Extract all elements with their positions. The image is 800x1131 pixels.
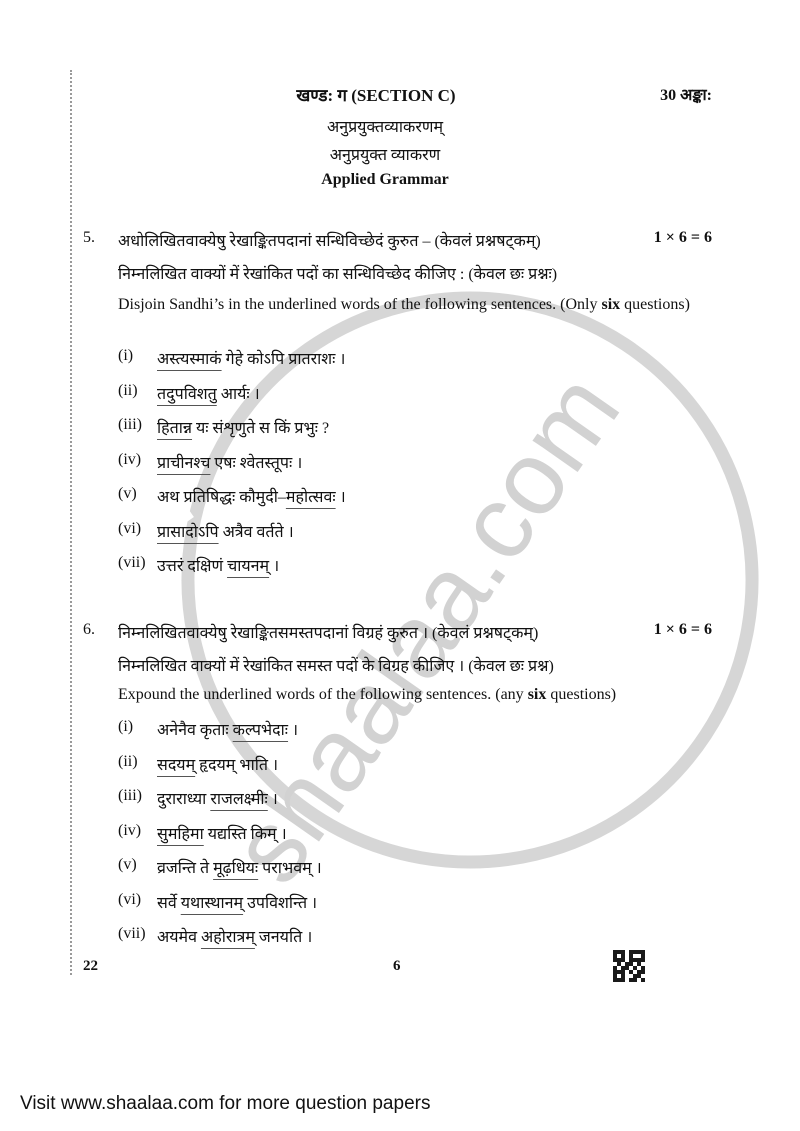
item-label: (i)	[118, 718, 133, 736]
item-text-after: यद्यस्ति किम् ।	[204, 826, 287, 843]
underlined-word: हितान्न	[157, 420, 192, 437]
question-5-marks: 1 × 6 = 6	[654, 229, 712, 247]
item-label: (vi)	[118, 891, 141, 909]
question-6-instruction-hindi: निम्नलिखित वाक्यों में रेखांकित समस्त पद…	[118, 654, 554, 676]
item-text-before: अयमेव	[157, 929, 201, 946]
subtitle-english: Applied Grammar	[0, 171, 800, 189]
item-label: (vii)	[118, 925, 146, 943]
item-text-after: ।	[336, 489, 346, 506]
question-6-marks: 1 × 6 = 6	[654, 621, 712, 639]
underlined-word: चायनम्	[227, 558, 269, 575]
promo-banner-text[interactable]: Visit www.shaalaa.com for more question …	[20, 1093, 430, 1115]
underlined-word: मूढ़धियः	[213, 860, 258, 877]
exam-page: shaalaa.com खण्ड: ग (SECTION C) 30 अङ्का…	[0, 0, 800, 1131]
item-text-after: एषः श्वेतस्तूपः ।	[210, 455, 302, 472]
item-sentence: प्रासादोऽपि अत्रैव वर्तते ।	[157, 520, 294, 542]
item-text-after: आर्यः ।	[217, 386, 260, 403]
item-sentence: अनेनैव कृताः कल्पभेदाः ।	[157, 718, 298, 740]
underlined-word: अस्त्यस्माकं	[157, 351, 222, 368]
underlined-word: राजलक्ष्मीः	[210, 791, 267, 808]
item-text-before: अनेनैव कृताः	[157, 722, 233, 739]
item-text-before: दुराराध्या	[157, 791, 210, 808]
item-label: (v)	[118, 485, 137, 503]
underlined-word: प्रासादोऽपि	[157, 524, 219, 541]
question-5-number: 5.	[83, 229, 95, 247]
item-label: (ii)	[118, 382, 138, 400]
item-label: (iv)	[118, 822, 141, 840]
item-label: (iv)	[118, 451, 141, 469]
question-6-instruction-sanskrit: निम्नलिखितवाक्येषु रेखाङ्कितसमस्तपदानां …	[118, 621, 538, 643]
item-text-before: अथ प्रतिषिद्धः कौमुदी–	[157, 489, 286, 506]
item-label: (v)	[118, 856, 137, 874]
item-label: (ii)	[118, 753, 138, 771]
item-sentence: सुमहिमा यद्यस्ति किम् ।	[157, 822, 287, 844]
item-text-after: पराभवम् ।	[258, 860, 322, 877]
qr-code-icon	[613, 950, 645, 982]
item-text-after: ।	[288, 722, 298, 739]
question-5-instruction-hindi: निम्नलिखित वाक्यों में रेखांकित पदों का …	[118, 262, 557, 284]
item-sentence: व्रजन्ति ते मूढ़धियः पराभवम् ।	[157, 856, 322, 878]
paper-code: 22	[83, 958, 98, 975]
item-text-after: ।	[268, 791, 278, 808]
item-sentence: तदुपविशतु आर्यः ।	[157, 382, 260, 404]
item-text-after: अत्रैव वर्तते ।	[219, 524, 294, 541]
item-label: (i)	[118, 347, 133, 365]
section-total-marks: 30 अङ्का:	[660, 83, 712, 105]
item-sentence: प्राचीनश्च एषः श्वेतस्तूपः ।	[157, 451, 302, 473]
underlined-word: प्राचीनश्च	[157, 455, 210, 472]
item-text-before: व्रजन्ति ते	[157, 860, 213, 877]
item-label: (iii)	[118, 416, 142, 434]
margin-dotted-line	[70, 70, 72, 975]
underlined-word: कल्पभेदाः	[233, 722, 288, 739]
underlined-word: सदयम्	[157, 757, 195, 774]
underlined-word: तदुपविशतु	[157, 386, 217, 403]
underlined-word: महोत्सवः	[286, 489, 336, 506]
item-text-after: ।	[269, 558, 279, 575]
item-label: (vii)	[118, 554, 146, 572]
item-text-after: जनयति ।	[255, 929, 312, 946]
question-6-instruction-english: Expound the underlined words of the foll…	[118, 686, 616, 704]
item-sentence: हितान्न यः संशृणुते स किं प्रभुः ?	[157, 416, 329, 438]
item-text-before: उत्तरं दक्षिणं	[157, 558, 227, 575]
underlined-word: यथास्थानम्	[181, 895, 243, 912]
item-sentence: सदयम् हृदयम् भाति ।	[157, 753, 278, 775]
page-number: 6	[393, 958, 401, 975]
subtitle-sanskrit: अनुप्रयुक्तव्याकरणम्	[0, 115, 800, 137]
item-label: (iii)	[118, 787, 142, 805]
item-text-after: हृदयम् भाति ।	[195, 757, 278, 774]
item-sentence: अयमेव अहोरात्रम् जनयति ।	[157, 925, 312, 947]
item-sentence: दुराराध्या राजलक्ष्मीः ।	[157, 787, 278, 809]
item-text-before: सर्वे	[157, 895, 181, 912]
question-5-instruction-sanskrit: अधोलिखितवाक्येषु रेखाङ्कितपदानां सन्धिवि…	[118, 229, 541, 251]
item-text-after: यः संशृणुते स किं प्रभुः ?	[192, 420, 329, 437]
item-label: (vi)	[118, 520, 141, 538]
item-text-after: गेहे कोऽपि प्रातराशः ।	[222, 351, 346, 368]
item-text-after: उपविशन्ति ।	[243, 895, 317, 912]
question-5-instruction-english: Disjoin Sandhi’s in the underlined words…	[118, 294, 710, 316]
underlined-word: सुमहिमा	[157, 826, 204, 843]
item-sentence: सर्वे यथास्थानम् उपविशन्ति ।	[157, 891, 317, 913]
question-6-number: 6.	[83, 621, 95, 639]
item-sentence: उत्तरं दक्षिणं चायनम् ।	[157, 554, 279, 576]
underlined-word: अहोरात्रम्	[201, 929, 255, 946]
subtitle-hindi: अनुप्रयुक्त व्याकरण	[0, 143, 800, 165]
item-sentence: अथ प्रतिषिद्धः कौमुदी–महोत्सवः ।	[157, 485, 346, 507]
item-sentence: अस्त्यस्माकं गेहे कोऽपि प्रातराशः ।	[157, 347, 345, 369]
